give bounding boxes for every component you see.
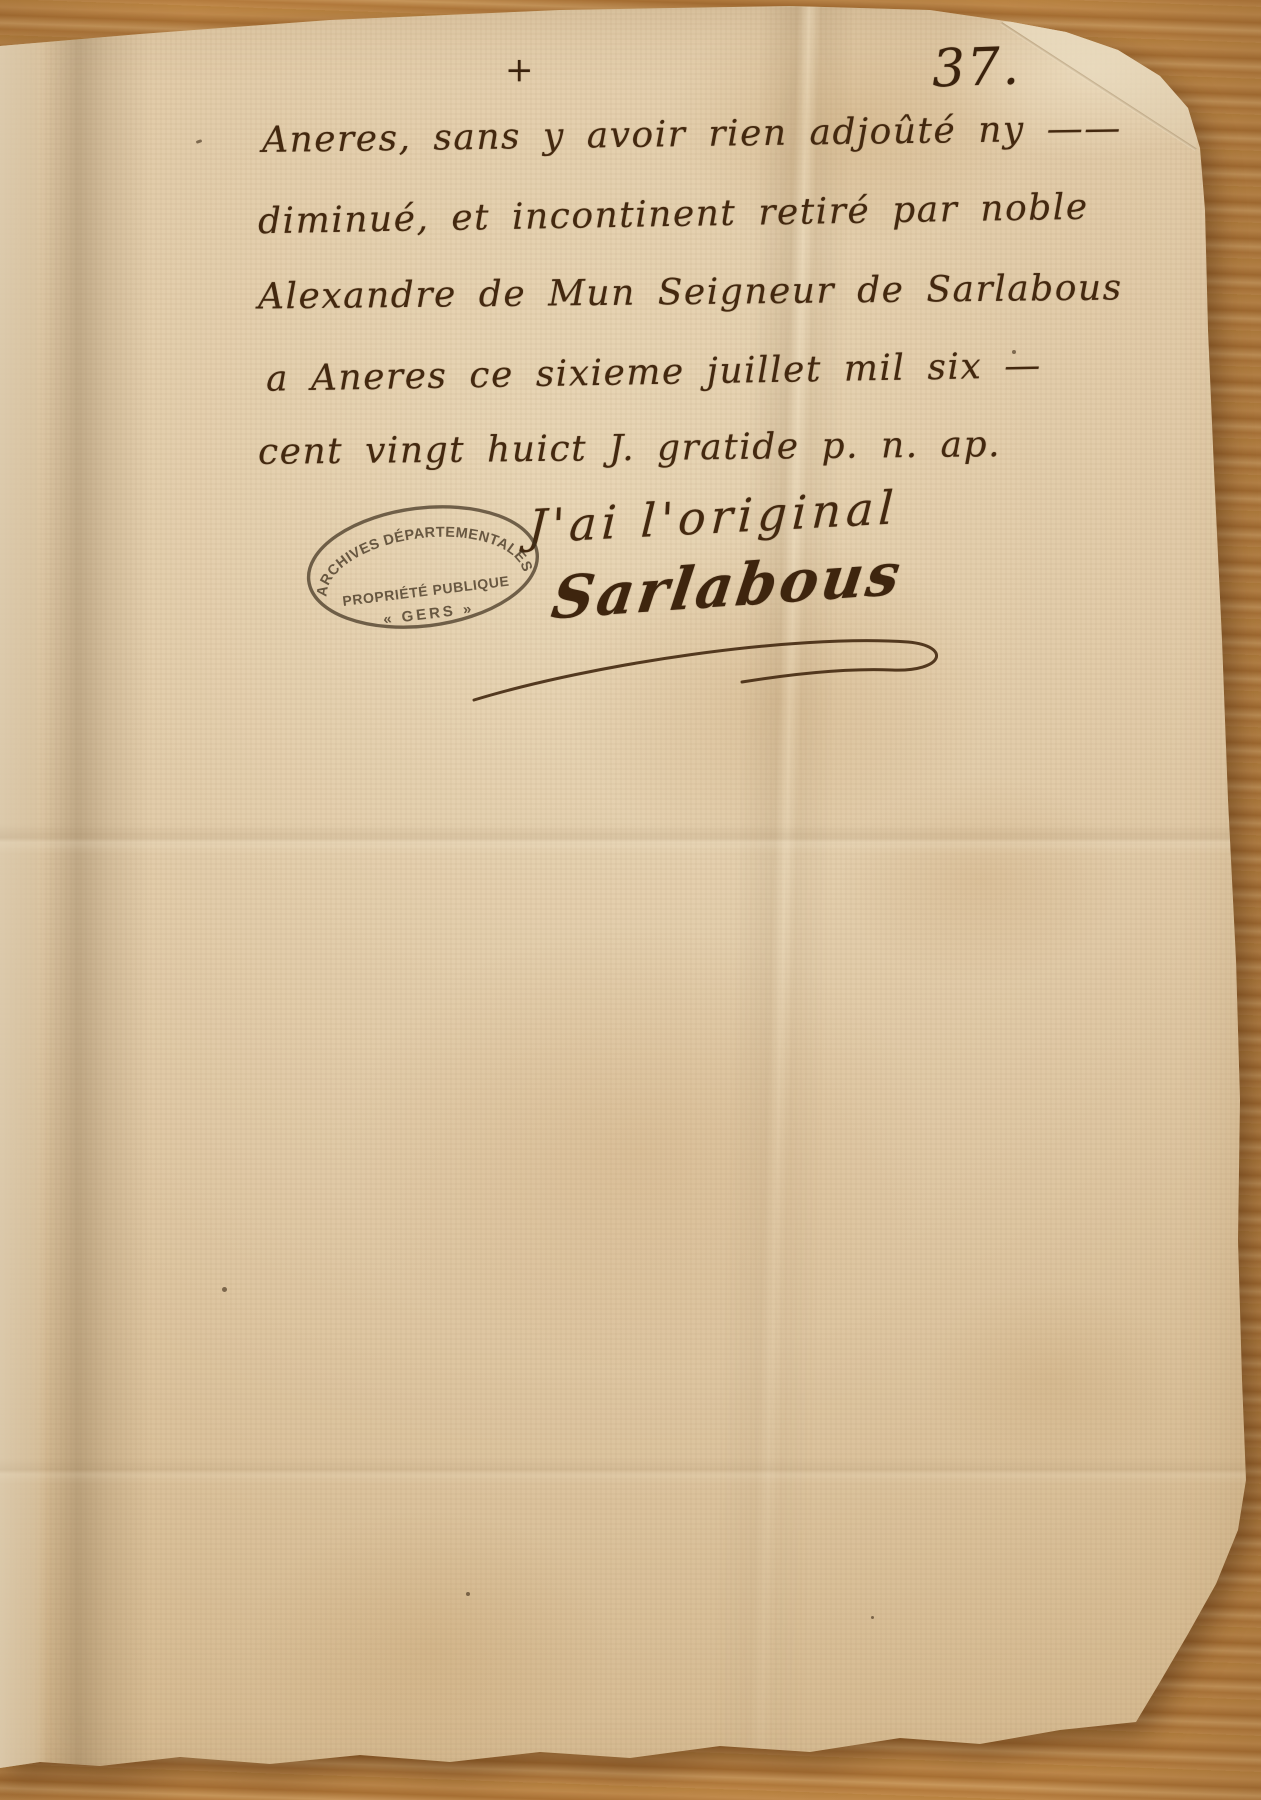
manuscript-line: a Aneres ce sixieme juillet mil six — <box>266 345 1042 400</box>
flourish-stroke <box>474 641 937 700</box>
manuscript-line: cent vingt huict J. gratide p. n. ap. <box>258 424 1001 473</box>
stamp-bottom-text: « GERS » <box>382 600 475 628</box>
horizontal-crease-upper <box>0 824 1261 854</box>
manuscript-page: + 37. Aneres, sans y avoir rien adjoûté … <box>0 0 1261 1800</box>
manuscript-line: Aneres, sans y avoir rien adjoûté ny —— <box>262 108 1122 161</box>
paper-speck <box>466 1592 470 1596</box>
page-number: 37. <box>931 36 1022 99</box>
wood-table: + 37. Aneres, sans y avoir rien adjoûté … <box>0 0 1261 1800</box>
manuscript-line: diminué, et incontinent retiré par noble <box>258 187 1089 242</box>
manuscript-line: Alexandre de Mun Seigneur de Sarlabous <box>258 267 1123 317</box>
horizontal-crease-lower <box>0 1458 1261 1484</box>
paper-speck <box>871 1616 874 1619</box>
cross-mark: + <box>505 50 534 90</box>
binding-fold-shadow <box>0 0 200 1800</box>
stamp-middle-text: PROPRIÉTÉ PUBLIQUE <box>342 573 511 609</box>
paper-speck <box>222 1287 227 1292</box>
paper-speck <box>196 139 203 144</box>
manuscript-page-wrap: + 37. Aneres, sans y avoir rien adjoûté … <box>0 0 1261 1800</box>
